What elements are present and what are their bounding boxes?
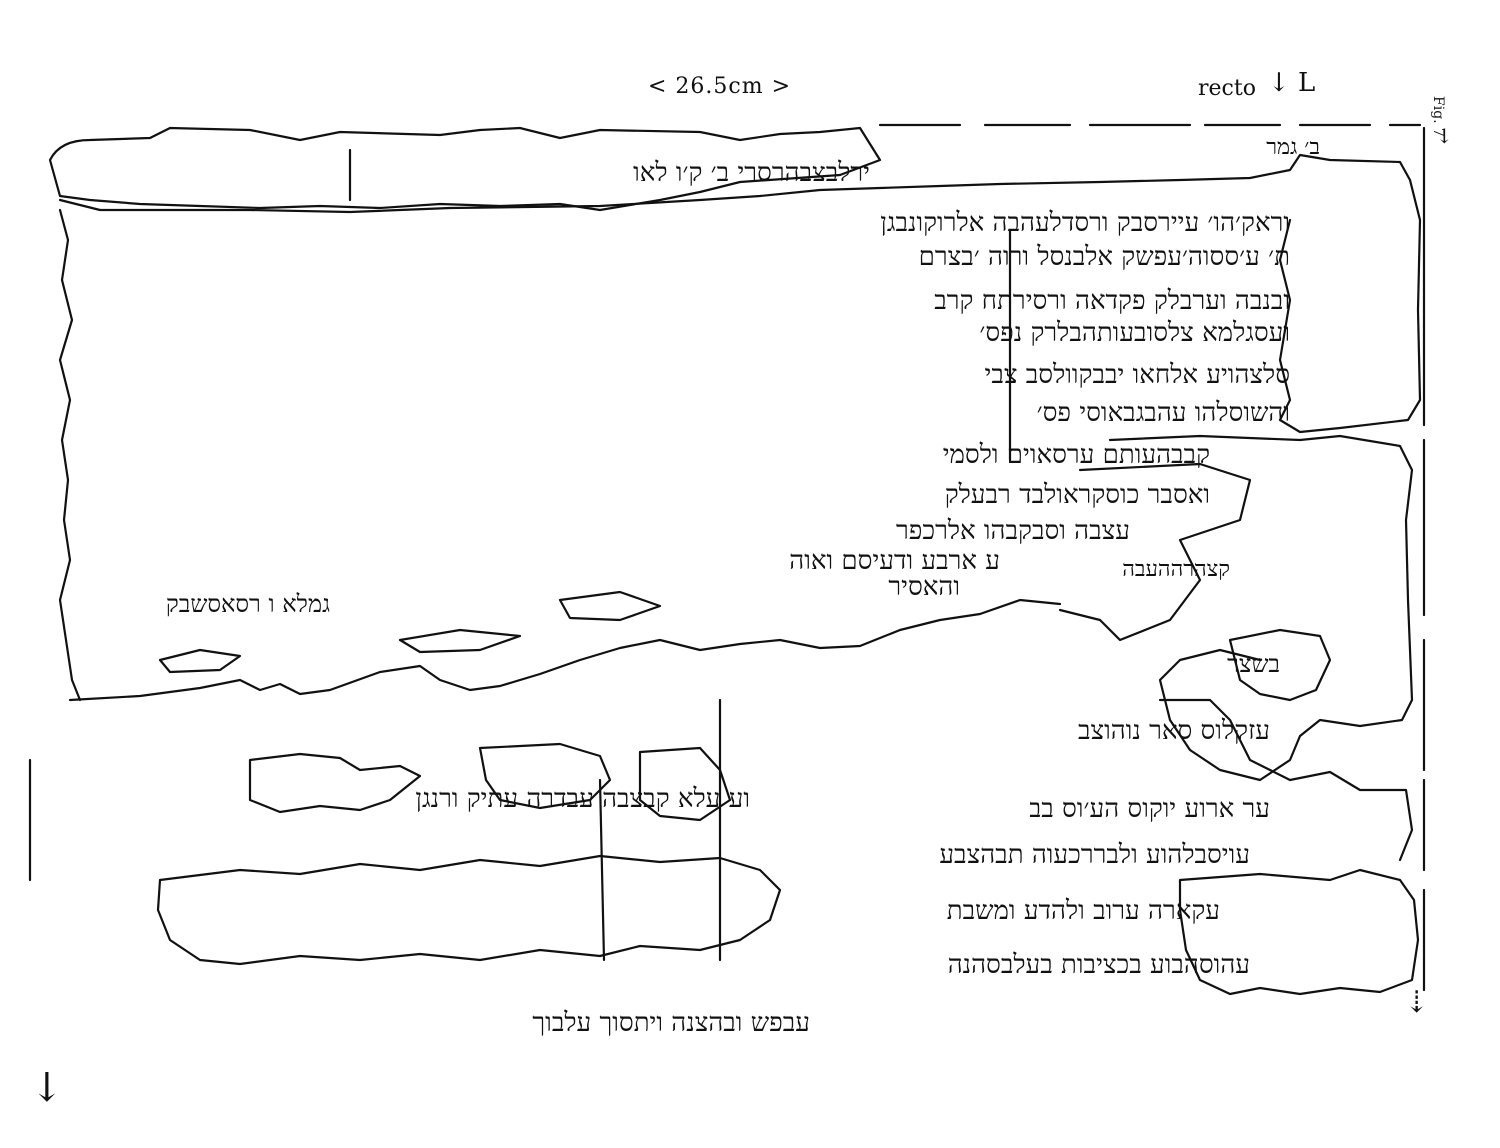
bottom-right-down-arrow-icon: ⇣ <box>1404 988 1429 1018</box>
script-line: ובנבה וערבלק פקדאה ורסירתח קרב <box>70 286 1290 316</box>
script-line: והאסיר <box>660 572 960 602</box>
script-line: וע עלא קבצבה עבדרה עתיק ורנגן <box>70 784 750 814</box>
margin-note: גמלא ו רסאסשבק <box>40 590 330 620</box>
script-line: והשוסלהו עהבגבאוסי פס׳ <box>70 398 1290 428</box>
script-line: עצבה וסבקבהו אלרכפר <box>170 516 1130 546</box>
script-line: קבבהעותם ערסאוים ולסמי <box>90 440 1210 470</box>
script-line: עזקלוס סאר נוהוצב <box>970 716 1270 746</box>
margin-note: ב׳ גמר <box>1220 134 1320 164</box>
margin-note: קצהרההעבה <box>1050 556 1230 586</box>
script-line: ת׳ ע׳ססוה׳עפשק אלבנסל ורוה ׳בצרם <box>70 242 1290 272</box>
script-line: ועסגלמא צלסובעותהבלרק נפס׳ <box>70 318 1290 348</box>
script-line: ירלבצבהרסרי ב׳ ק׳ו לאו <box>70 158 870 188</box>
script-line: סלצהויע אלחאו יבבקוולסב צבי <box>70 360 1290 390</box>
script-line: ואסבר כוסקראולבד רבעלק <box>90 480 1210 510</box>
script-line: עויסבלהוע ולבררכעוה תבהצבע <box>80 840 1250 870</box>
top-right-down-arrow-icon: ↓ <box>1436 126 1453 146</box>
script-line: עבפש ובהצנה ויתסוך עלבוך <box>80 1008 810 1038</box>
script-line: עהוסהבוע בכציבות בעלבסהנה <box>90 950 1250 980</box>
bottom-left-down-arrow-icon: ↓ <box>30 1068 64 1108</box>
margin-note: בשצר <box>1160 650 1280 680</box>
upper-left-edge <box>60 210 80 700</box>
script-line: ער ארוע יוקוס הע׳וס בבצפו <box>1030 794 1270 824</box>
script-line: עקארה ערוב ולהדע ומשבת <box>100 896 1220 926</box>
script-line: וראק׳הו׳ עיירסבק ורסדלעהבה אלרוקונבגן <box>70 208 1290 238</box>
